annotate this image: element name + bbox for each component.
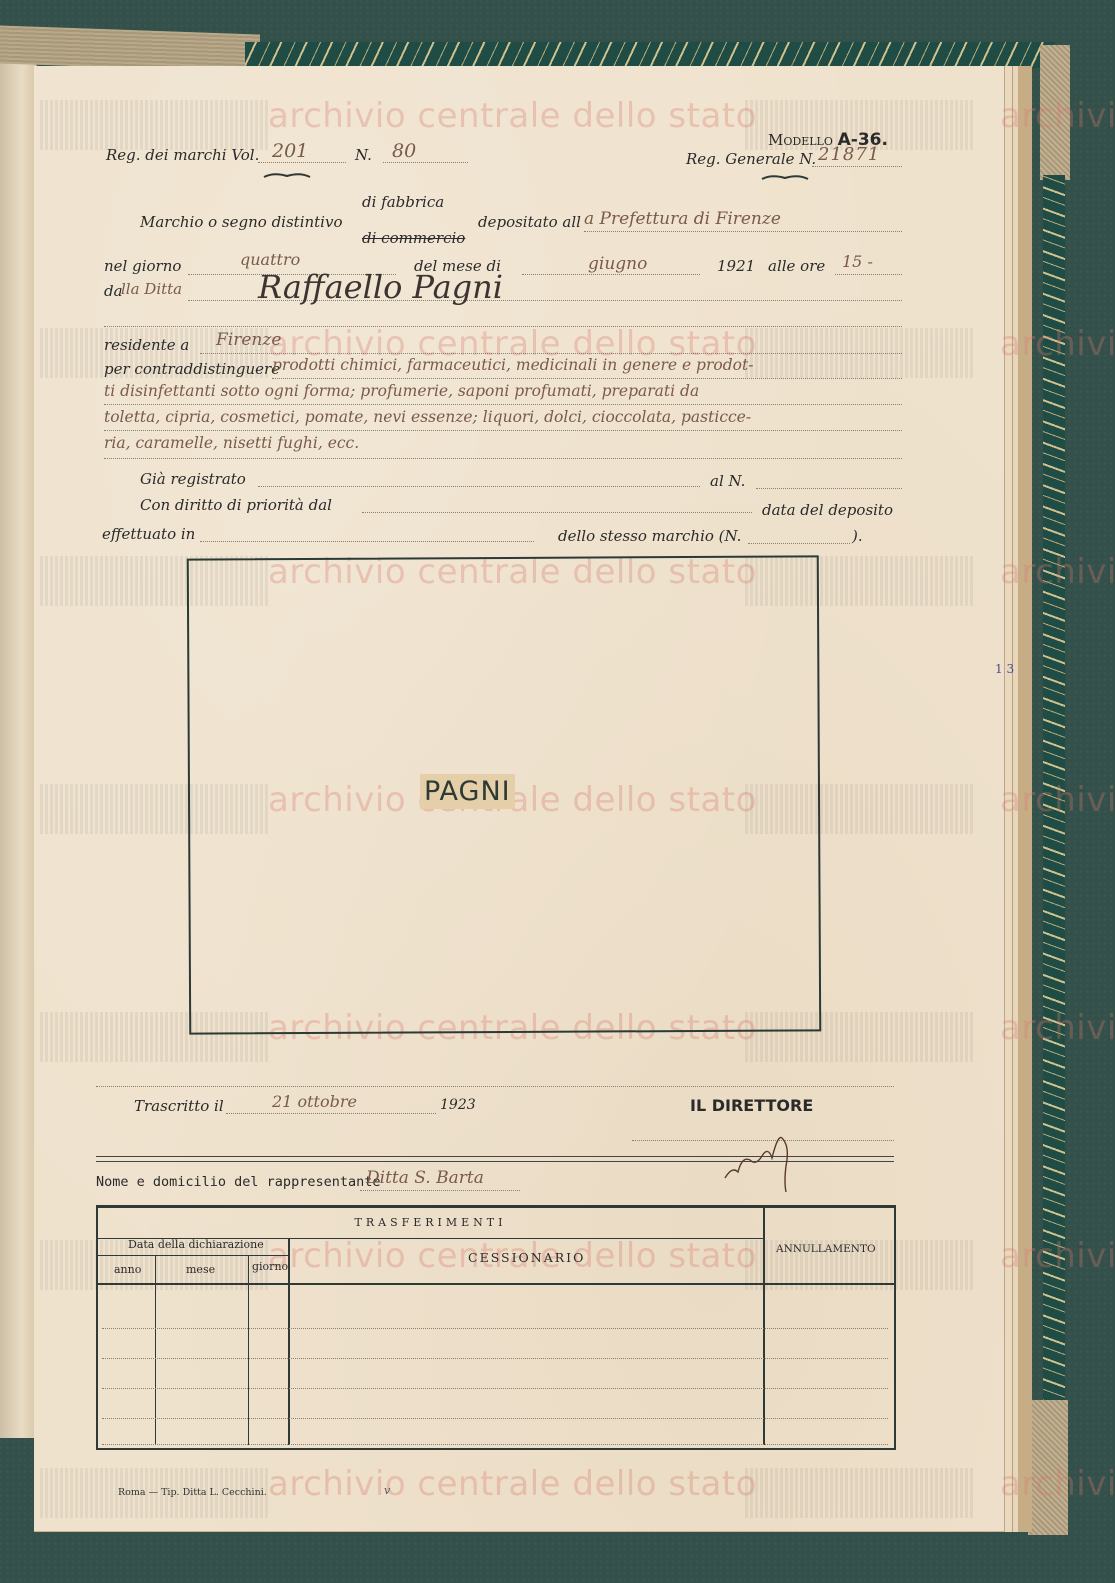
- data-deposito-label: data del deposito: [762, 501, 893, 519]
- rappresentante-line: [360, 1190, 520, 1191]
- ornament-swirl-icon: [262, 172, 312, 180]
- header-bottom-rule: [98, 1283, 894, 1285]
- trascritto-value[interactable]: 21 ottobre: [272, 1092, 357, 1111]
- anno-value: 1921: [717, 257, 755, 275]
- ditta-prefix-value: lla Ditta: [121, 280, 182, 298]
- reg-marchi-label: Reg. dei marchi Vol.: [106, 146, 259, 164]
- corner-cloth-bottom: [1028, 1400, 1068, 1535]
- blank-line: [96, 1086, 894, 1087]
- goods-line-1[interactable]: prodotti chimici, farmaceutici, medicina…: [272, 356, 753, 374]
- reg-generale-line: [812, 166, 902, 167]
- rappresentante-label: Nome e domicilio del rappresentante: [96, 1174, 380, 1190]
- fabbrica-option: di fabbrica: [362, 193, 444, 211]
- col-divider: [763, 1208, 765, 1445]
- section-divider: [96, 1156, 894, 1162]
- reg-generale-value[interactable]: 21871: [818, 144, 880, 165]
- trademark-label: PAGNI: [420, 774, 515, 809]
- blank-line: [104, 326, 902, 327]
- col-cessionario: CESSIONARIO: [468, 1250, 585, 1265]
- ore-label: alle ore: [768, 257, 825, 275]
- commercio-option-struck: di commercio: [362, 229, 465, 247]
- effettuato-line: [200, 541, 534, 542]
- trascritto-year: 1923: [440, 1097, 476, 1113]
- priorita-line: [362, 512, 752, 513]
- goods-rule: [104, 430, 902, 431]
- corner-cloth-top: [1040, 45, 1070, 180]
- al-n-label: al N.: [710, 472, 745, 490]
- page-stack-edge: [1000, 66, 1032, 1532]
- marchio-label: Marchio o segno distintivo: [140, 213, 342, 231]
- table-row[interactable]: [102, 1388, 888, 1389]
- contraddistinguere-label: per contraddistinguere: [104, 360, 280, 378]
- goods-rule: [272, 378, 902, 379]
- marbled-edge-right: [1043, 175, 1065, 1410]
- goods-rule: [104, 404, 902, 405]
- mese-value[interactable]: giugno: [588, 254, 647, 274]
- al-n-line: [756, 488, 902, 489]
- residente-label: residente a: [104, 336, 189, 354]
- col-mese: mese: [186, 1263, 215, 1276]
- col-annullamento: ANNULLAMENTO: [776, 1243, 876, 1255]
- residente-value[interactable]: Firenze: [216, 330, 281, 350]
- reg-marchi-vol-line: [258, 162, 346, 163]
- depositato-value[interactable]: a Prefettura di Firenze: [584, 209, 781, 229]
- printer-note: Roma — Tip. Ditta L. Cecchini.: [118, 1487, 267, 1498]
- goods-line-2[interactable]: ti disinfettanti sotto ogni forma; profu…: [104, 382, 699, 400]
- effettuato-label: effettuato in: [102, 525, 195, 543]
- giorno-label: nel giorno: [104, 257, 181, 275]
- marbled-edge-top: [245, 42, 1055, 68]
- ore-value[interactable]: 15 -: [842, 252, 873, 271]
- trascritto-line: [226, 1113, 436, 1114]
- depositato-label: depositato all: [478, 213, 581, 231]
- col-divider: [155, 1255, 156, 1445]
- n-line: [383, 162, 468, 163]
- table-row[interactable]: [102, 1328, 888, 1329]
- trasferimenti-table: TRASFERIMENTI Data della dichiarazione a…: [96, 1205, 896, 1450]
- priorita-label: Con diritto di priorità dal: [140, 496, 332, 514]
- stesso-marchio-label: dello stesso marchio (N.: [558, 527, 741, 545]
- table-title: TRASFERIMENTI: [98, 1208, 763, 1238]
- col-divider: [248, 1255, 249, 1445]
- col-divider: [288, 1238, 290, 1445]
- depositato-line: [584, 231, 902, 232]
- n-label: N.: [355, 146, 372, 164]
- table-row[interactable]: [102, 1418, 888, 1419]
- ornament-swirl-icon: [760, 174, 810, 182]
- stesso-marchio-line: [748, 543, 850, 544]
- n-value[interactable]: 80: [392, 140, 416, 162]
- goods-line-4[interactable]: ria, caramelle, nisetti fughi, ecc.: [104, 434, 359, 452]
- margin-note: 1 3: [995, 662, 1014, 676]
- rappresentante-value[interactable]: Ditta S. Barta: [366, 1168, 484, 1188]
- gia-registrato-line: [258, 486, 700, 487]
- table-rule: [98, 1255, 288, 1256]
- col-giorno: giorno: [252, 1260, 288, 1273]
- reg-marchi-vol-value[interactable]: 201: [272, 140, 308, 162]
- ditta-value[interactable]: Raffaello Pagni: [258, 268, 503, 306]
- giorno-value[interactable]: quattro: [240, 250, 300, 269]
- ore-line: [835, 274, 902, 275]
- residente-line: [200, 353, 902, 354]
- goods-line-3[interactable]: toletta, cipria, cosmetici, pomate, nevi…: [104, 408, 751, 426]
- trascritto-label: Trascritto il: [134, 1097, 224, 1115]
- date-group-header: Data della dichiarazione: [128, 1238, 264, 1251]
- gia-registrato-label: Già registrato: [140, 470, 246, 488]
- left-page-edge: [0, 48, 37, 1438]
- table-row[interactable]: [102, 1444, 888, 1445]
- table-row[interactable]: [102, 1358, 888, 1359]
- ditta-label: da: [104, 282, 123, 300]
- direttore-label: IL DIRETTORE: [690, 1096, 813, 1115]
- footer-mark: v: [384, 1484, 390, 1497]
- reg-generale-label: Reg. Generale N.: [686, 150, 816, 168]
- stesso-marchio-close: ).: [852, 527, 863, 545]
- goods-rule: [104, 458, 902, 459]
- mese-line: [522, 274, 700, 275]
- col-anno: anno: [114, 1263, 141, 1276]
